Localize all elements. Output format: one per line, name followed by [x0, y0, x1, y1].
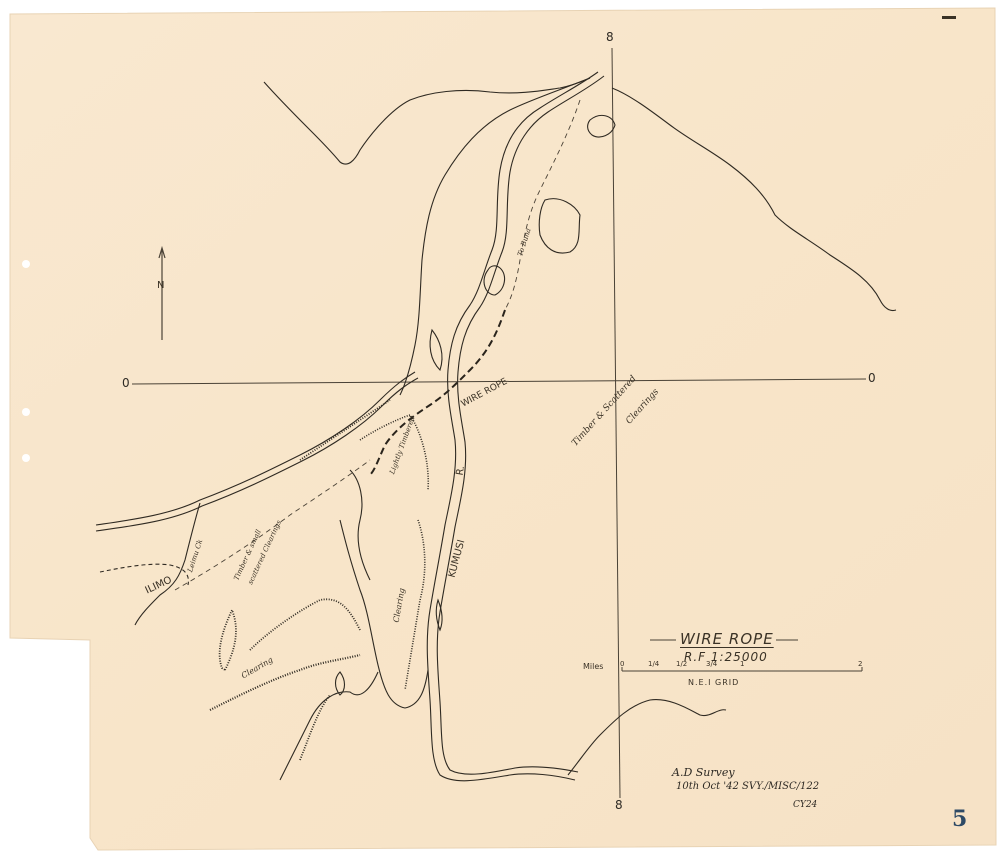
grid-label-right: 0	[868, 371, 876, 385]
label-river-r: R.	[455, 465, 468, 477]
survey-credit: A.D Survey	[672, 766, 735, 779]
grid-label-left: 0	[122, 376, 130, 390]
scale-tick-half: 1/2	[676, 660, 687, 668]
paper-sheet	[10, 8, 996, 850]
legend-title: WIRE ROPE	[658, 630, 774, 648]
map-sheet: 8 8 0 0 N WIRE ROPE KUMUSI R. ILIMO Leim…	[0, 0, 1000, 862]
grid-label-top: 8	[606, 30, 614, 44]
north-arrow-label: N	[157, 280, 164, 291]
survey-date-ref: 10th Oct '42 SVY./MISC/122	[676, 781, 819, 792]
scale-tick-quarter: 1/4	[648, 660, 659, 668]
legend-title-text: WIRE ROPE	[680, 630, 774, 648]
scale-tick-1: 1	[740, 660, 744, 668]
grid-label-bottom: 8	[615, 798, 623, 812]
sheet-number: 5	[952, 806, 967, 832]
scale-tick-three-quarter: 3/4	[706, 660, 717, 668]
scale-tick-0: 0	[620, 660, 624, 668]
scale-tick-2: 2	[858, 660, 862, 668]
map-drawing	[0, 0, 1000, 862]
survey-code: CY24	[793, 800, 817, 810]
grid-system-label: N.E.I GRID	[688, 678, 739, 687]
scale-ratio: R.F 1:25000	[684, 650, 768, 664]
scale-unit-label: Miles	[583, 662, 603, 671]
